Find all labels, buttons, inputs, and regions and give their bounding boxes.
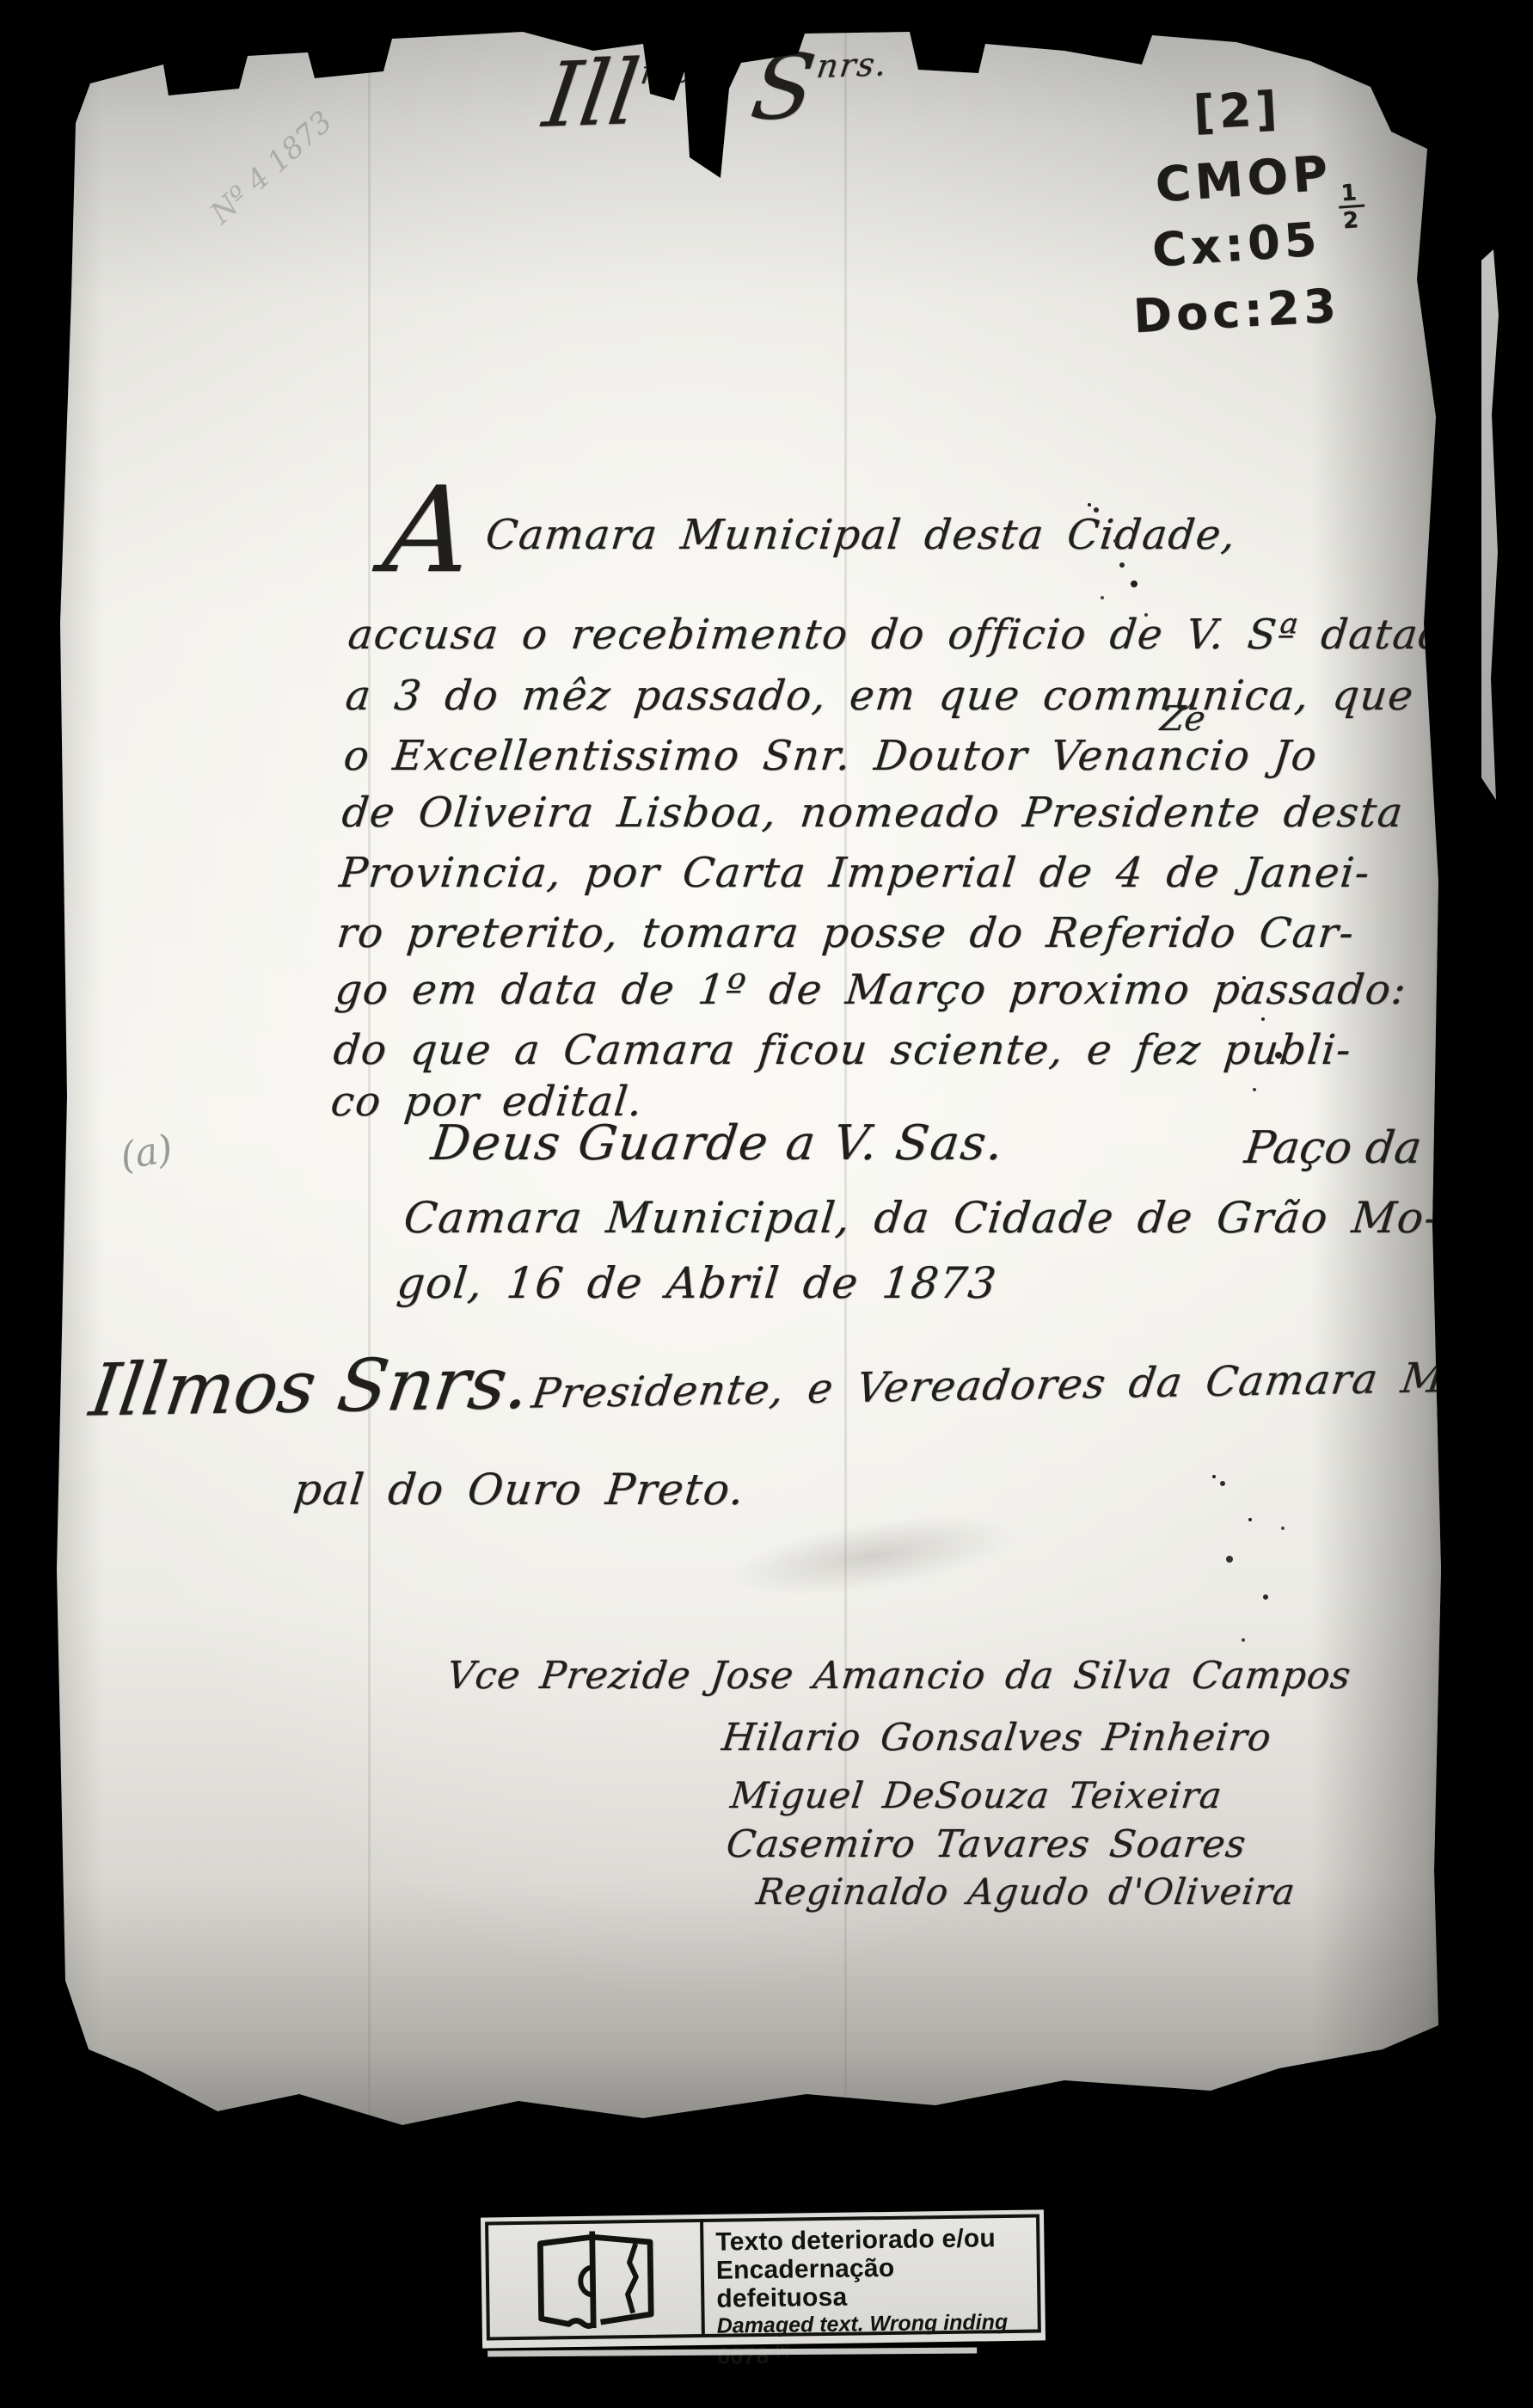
body-line: a 3 do mêz passado, em que communica, qu… — [343, 672, 1416, 720]
ink-speckles — [1088, 503, 1091, 507]
ink-speckles — [1212, 1475, 1216, 1478]
closing-line3: gol, 16 de Abril de 1873 — [395, 1258, 1000, 1308]
label-number-sup: (*) — [776, 2343, 790, 2358]
body-line: do que a Camara ficou sciente, e fez pub… — [331, 1026, 1354, 1074]
opening-rest: Camara Municipal desta Cidade, — [483, 511, 1238, 559]
scanned-archive-page: { "archive": { "corner_pencil_note": "Nº… — [0, 0, 1533, 2408]
margin-pencil-note: (a) — [117, 1127, 176, 1179]
salutation-sup2: nrs. — [814, 45, 891, 85]
condition-label-text: Texto deteriorado e/ou Encadernação defe… — [703, 2218, 1038, 2334]
signature: Miguel DeSouza Teixeira — [728, 1774, 1224, 1816]
label-line1-pt: Texto deteriorado e/ou — [715, 2224, 1031, 2257]
body-line: ro preterito, tomara posse do Referido C… — [334, 909, 1357, 957]
address-line1-rest: Presidente, e Vereadores da Camara Muni- — [529, 1352, 1533, 1417]
signature: Vce Prezide Jose Amancio da Silva Campos — [445, 1654, 1353, 1698]
damaged-book-icon — [488, 2222, 705, 2337]
closing-right: Paço da — [1242, 1122, 1424, 1174]
closing-left: Deus Guarde a V. Sas. — [428, 1115, 1008, 1171]
ink-smudge — [723, 1500, 1022, 1612]
signature: Hilario Gonsalves Pinheiro — [720, 1716, 1274, 1760]
label-line2-pt: Encadernação defeituosa — [716, 2252, 1033, 2313]
opening-initial: A — [378, 461, 479, 599]
label-number-value: 0078 — [717, 2343, 769, 2369]
condition-label-frame: Texto deteriorado e/ou Encadernação defe… — [485, 2214, 1041, 2341]
salutation-sup1: mos. — [638, 51, 728, 91]
body-line: o Excellentissimo Snr. Doutor Venancio J… — [341, 732, 1320, 780]
address-line2: pal do Ouro Preto. — [291, 1465, 747, 1514]
opening-line: ACamara Municipal desta Cidade, — [382, 496, 1241, 565]
closing-line2: Camara Municipal, da Cidade de Grão Mo- — [402, 1193, 1443, 1243]
salutation-part2: S — [745, 34, 822, 140]
label-number: 0078 (*) — [717, 2335, 1033, 2369]
condition-label: Texto deteriorado e/ou Encadernação defe… — [481, 2209, 1046, 2348]
fraction-bottom: 2 — [1342, 207, 1364, 233]
stamp-doc-bracket-number: [2] — [1192, 81, 1282, 139]
address-salutation: Illmos Snrs. — [85, 1341, 536, 1433]
stamp-doc-label: Doc:23 — [1132, 279, 1342, 344]
corner-pencil-note: Nº 4 1873 — [204, 104, 339, 230]
fraction-top: 1 — [1338, 181, 1364, 209]
ink-speckles — [1242, 976, 1246, 980]
adjacent-page-edge — [1481, 249, 1499, 800]
stamp-box-label: Cx:05 — [1150, 212, 1322, 278]
salutation-header: Illmos.Snrs. — [540, 45, 891, 134]
collection-fraction: 12 — [1338, 181, 1366, 233]
label-line3-en: Damaged text. Wrong inding — [717, 2309, 1033, 2339]
salutation-part1: Ill — [537, 40, 645, 148]
body-line: Provincia, por Carta Imperial de 4 de Ja… — [337, 849, 1373, 897]
signature: Reginaldo Agudo d'Oliveira — [754, 1870, 1298, 1913]
collection-code-text: CMOP — [1154, 145, 1334, 213]
body-line: go em data de 1º de Março proximo passad… — [333, 966, 1409, 1014]
body-line: de Oliveira Lisboa, nomeado Presidente d… — [340, 789, 1406, 837]
body-line: accusa o recebimento do officio de V. Sª… — [346, 611, 1475, 659]
address-line1: Illmos Snrs. Presidente, e Vereadores da… — [85, 1323, 1533, 1432]
manuscript-page: Nº 4 1873 Illmos.Snrs. [2] CMOP12 Cx:05 … — [43, 21, 1483, 2159]
signature: Casemiro Tavares Soares — [724, 1822, 1248, 1866]
